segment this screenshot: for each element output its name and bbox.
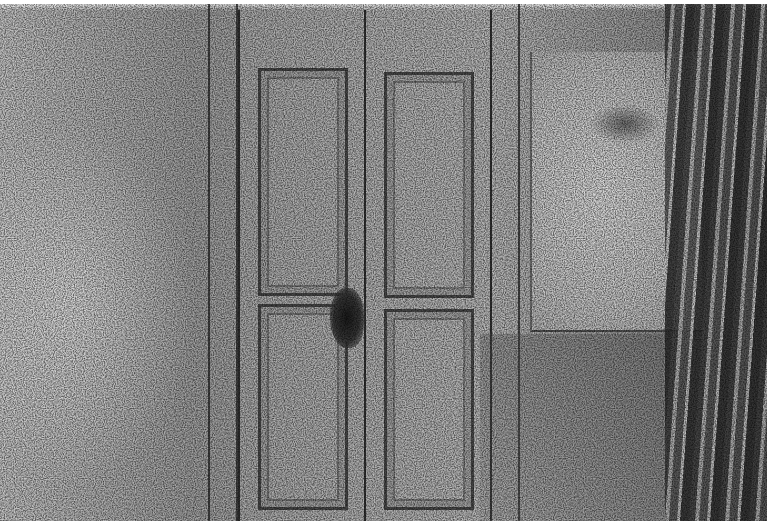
door-photograph [0, 4, 767, 521]
grain-overlay [0, 4, 767, 521]
